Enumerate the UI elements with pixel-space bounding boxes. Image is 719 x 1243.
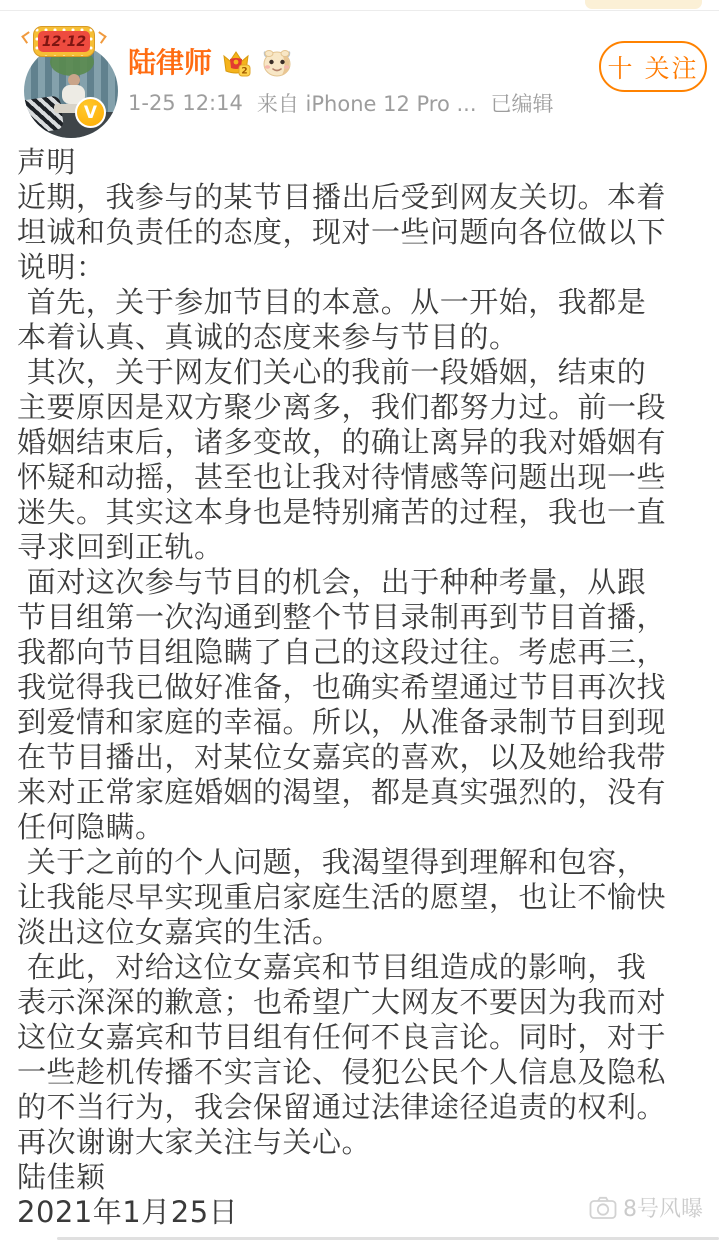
svg-text:2: 2: [241, 67, 247, 77]
body-line: 婚姻结束后，诸多变故，的确让离异的我对婚姻有: [17, 425, 705, 460]
partial-element-above: [585, 0, 702, 9]
post-source[interactable]: 来自 iPhone 12 Pro ...: [257, 88, 477, 118]
weibo-post-card: 12·12 V 陆律师 2 1-25 12:14: [0, 0, 719, 1243]
body-line: 到爱情和家庭的幸福。所以，从准备录制节目到现: [17, 705, 705, 740]
author-name[interactable]: 陆律师: [128, 49, 212, 77]
vip-crown-icon: 2: [220, 47, 252, 79]
avatar-striped-chair-detail: [24, 95, 64, 135]
body-line: 寻求回到正轨。: [17, 530, 705, 565]
body-line: 陆佳颖: [17, 1160, 705, 1195]
watermark: 8号风曝: [589, 1192, 703, 1223]
body-line: 我都向节目组隐瞒了自己的这段过往。考虑再三，: [17, 635, 705, 670]
body-line: 再次谢谢大家关注与关心。: [17, 1125, 705, 1160]
camera-icon: [589, 1196, 617, 1220]
body-line: 在节目播出，对某位女嘉宾的喜欢，以及她给我带: [17, 740, 705, 775]
body-line: 其次，关于网友们关心的我前一段婚姻，结束的: [17, 355, 705, 390]
body-line: 我觉得我已做好准备，也确实希望通过节目再次找: [17, 670, 705, 705]
body-line: 本着认真、真诚的态度来参与节目的。: [17, 320, 705, 355]
body-line: 近期，我参与的某节目播出后受到网友关切。本着: [17, 180, 705, 215]
ox-emoji-icon: [260, 46, 294, 80]
body-line: 坦诚和负责任的态度，现对一些问题向各位做以下: [17, 215, 705, 250]
top-divider: [0, 10, 719, 11]
post-body: 声明近期，我参与的某节目播出后受到网友关切。本着坦诚和负责任的态度，现对一些问题…: [17, 145, 705, 1230]
body-line: 表示深深的歉意；也希望广大网友不要因为我而对: [17, 985, 705, 1020]
body-line: 关于之前的个人问题，我渴望得到理解和包容，: [17, 845, 705, 880]
body-line: 迷失。其实这本身也是特别痛苦的过程，我也一直: [17, 495, 705, 530]
post-timestamp: 1-25 12:14: [128, 91, 243, 115]
body-line: 这位女嘉宾和节目组有任何不良言论。同时，对于: [17, 1020, 705, 1055]
verified-v-icon: V: [75, 97, 106, 128]
body-line: 首先，关于参加节目的本意。从一开始，我都是: [17, 285, 705, 320]
body-line: 让我能尽早实现重启家庭生活的愿望，也让不愉快: [17, 880, 705, 915]
body-line: 来对正常家庭婚姻的渴望，都是真实强烈的，没有: [17, 775, 705, 810]
avatar-1212-badge-text: 12·12: [38, 31, 90, 52]
avatar-1212-event-badge: 12·12: [33, 26, 95, 57]
body-line: 说明：: [17, 250, 705, 285]
watermark-text: 8号风曝: [623, 1192, 703, 1223]
post-meta: 1-25 12:14 来自 iPhone 12 Pro ... 已编辑: [128, 88, 554, 118]
author-row: 陆律师 2: [128, 44, 294, 82]
body-line: 主要原因是双方聚少离多，我们都努力过。前一段: [17, 390, 705, 425]
follow-button[interactable]: 十 关注: [599, 41, 707, 92]
bottom-divider: [57, 1237, 719, 1240]
edited-label[interactable]: 已编辑: [491, 88, 554, 118]
body-line: 声明: [17, 145, 705, 180]
body-line: 面对这次参与节目的机会，出于种种考量，从跟: [17, 565, 705, 600]
author-avatar[interactable]: 12·12 V: [24, 44, 118, 138]
body-line: 怀疑和动摇，甚至也让我对待情感等问题出现一些: [17, 460, 705, 495]
body-line: 任何隐瞒。: [17, 810, 705, 845]
body-line: 节目组第一次沟通到整个节目录制再到节目首播，: [17, 600, 705, 635]
body-line: 淡出这位女嘉宾的生活。: [17, 915, 705, 950]
body-line: 在此，对给这位女嘉宾和节目组造成的影响，我: [17, 950, 705, 985]
avatar-photo: [24, 44, 118, 138]
body-line: 的不当行为，我会保留通过法律途径追责的权利。: [17, 1090, 705, 1125]
body-line: 一些趁机传播不实言论、侵犯公民个人信息及隐私: [17, 1055, 705, 1090]
